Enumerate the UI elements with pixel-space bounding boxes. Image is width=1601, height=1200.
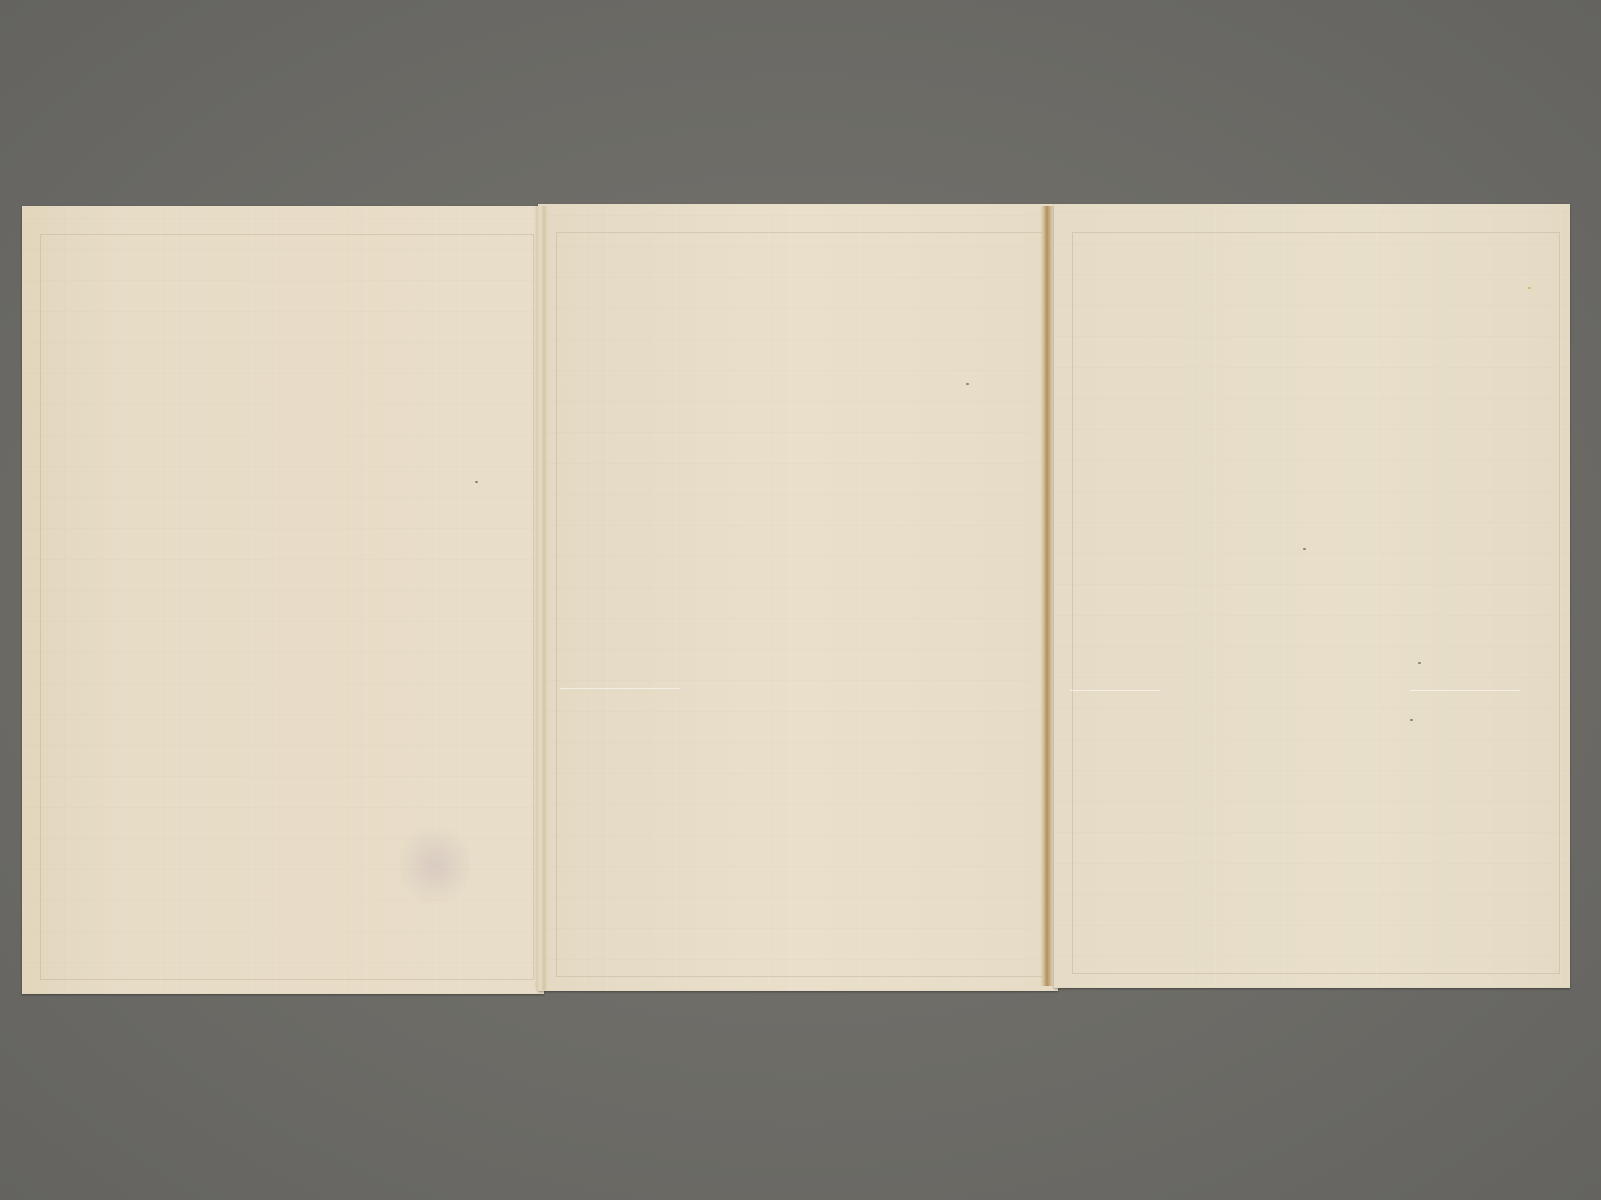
right-seam-stained [1040,206,1054,986]
bleed-through-marks [42,575,56,665]
paper-crease [1410,690,1520,691]
right-panel-sheet [1054,204,1570,988]
left-seam [534,206,548,990]
paper-speck [1410,719,1413,721]
paper-speck [1528,287,1531,289]
paper-speck [966,383,969,385]
paper-speck [475,481,478,483]
paper-speck [1418,662,1421,664]
faint-purple-stain [400,820,470,910]
paper-crease [1070,690,1160,691]
paper-speck [1303,548,1306,550]
paper-crease [560,688,680,689]
middle-panel-sheet [538,204,1058,991]
